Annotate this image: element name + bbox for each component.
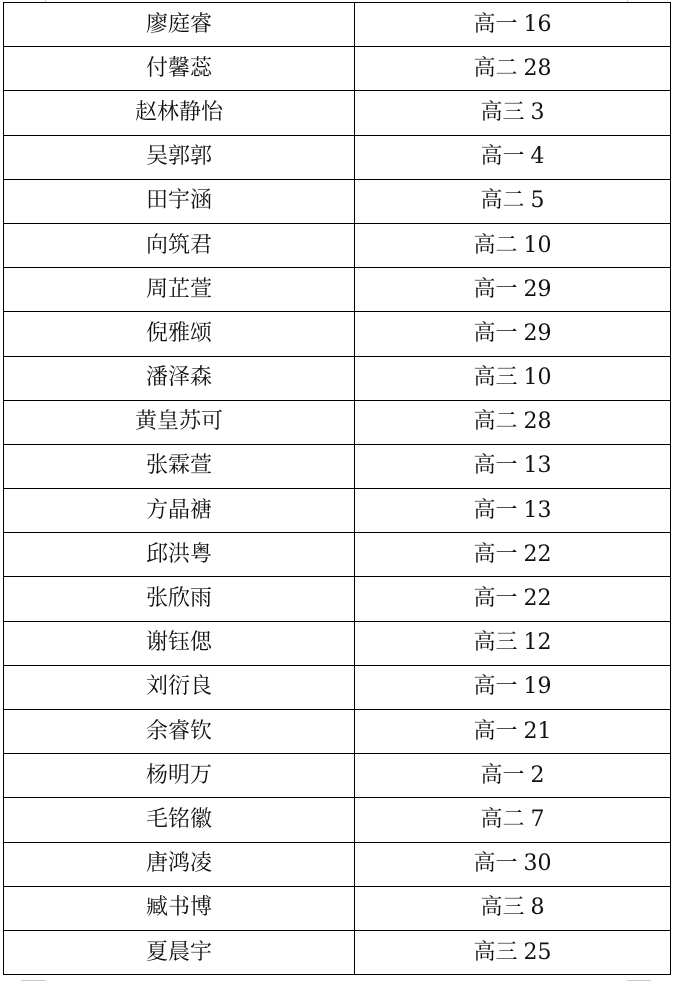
- student-class-cell: 高一22: [355, 577, 671, 621]
- student-name: 周芷萱: [146, 277, 212, 302]
- table-row: 臧书博 高三8: [4, 886, 671, 930]
- student-name-cell: 付馨蕊: [4, 47, 355, 91]
- class-number: 7: [531, 807, 545, 832]
- grade-label: 高一: [480, 763, 524, 788]
- student-name-cell: 田宇涵: [4, 179, 355, 223]
- student-class-cell: 高一16: [355, 3, 671, 47]
- student-name-cell: 周芷萱: [4, 268, 355, 312]
- class-number: 10: [524, 233, 552, 258]
- student-class-cell: 高一13: [355, 489, 671, 533]
- table-row: 黄皇苏可 高二28: [4, 400, 671, 444]
- student-name-cell: 唐鸿凌: [4, 842, 355, 886]
- student-name-cell: 余睿钦: [4, 710, 355, 754]
- student-class-cell: 高三3: [355, 91, 671, 135]
- student-name: 向筑君: [146, 233, 212, 258]
- student-name: 潘泽森: [146, 365, 212, 390]
- grade-label: 高二: [480, 188, 524, 213]
- student-class-table: 廖庭睿 高一16 付馨蕊 高二28 赵林静怡 高三3 吴郭郭 高一4 田宇涵 高…: [3, 2, 671, 975]
- student-class-cell: 高三12: [355, 621, 671, 665]
- student-class-cell: 高二10: [355, 223, 671, 267]
- class-number: 16: [524, 12, 552, 37]
- student-name: 方晶禟: [146, 498, 212, 523]
- grade-label: 高三: [473, 630, 517, 655]
- grade-label: 高三: [473, 365, 517, 390]
- student-name-cell: 廖庭睿: [4, 3, 355, 47]
- student-class-cell: 高一29: [355, 268, 671, 312]
- table-row: 吴郭郭 高一4: [4, 135, 671, 179]
- student-name-cell: 谢钰偲: [4, 621, 355, 665]
- class-number: 12: [524, 630, 552, 655]
- grade-label: 高一: [473, 851, 517, 876]
- student-name-cell: 杨明万: [4, 754, 355, 798]
- class-number: 5: [531, 188, 545, 213]
- class-number: 30: [524, 851, 552, 876]
- student-class-cell: 高一21: [355, 710, 671, 754]
- student-name-cell: 倪雅颂: [4, 312, 355, 356]
- table-row: 付馨蕊 高二28: [4, 47, 671, 91]
- student-class-cell: 高二7: [355, 798, 671, 842]
- student-name: 余睿钦: [146, 719, 212, 744]
- class-number: 21: [524, 719, 552, 744]
- student-class-cell: 高三25: [355, 930, 671, 974]
- student-name: 臧书博: [146, 895, 212, 920]
- grade-label: 高一: [473, 453, 517, 478]
- student-name: 毛铭徽: [146, 807, 212, 832]
- table-row: 方晶禟 高一13: [4, 489, 671, 533]
- class-number: 29: [524, 277, 552, 302]
- student-class-cell: 高三8: [355, 886, 671, 930]
- class-number: 28: [524, 409, 552, 434]
- student-class-cell: 高一2: [355, 754, 671, 798]
- table-row: 杨明万 高一2: [4, 754, 671, 798]
- grade-label: 高二: [473, 56, 517, 81]
- student-class-cell: 高一4: [355, 135, 671, 179]
- class-number: 4: [531, 144, 545, 169]
- table-row: 邱洪粤 高一22: [4, 533, 671, 577]
- student-name: 刘衍良: [146, 674, 212, 699]
- table-row: 田宇涵 高二5: [4, 179, 671, 223]
- table-row: 张欣雨 高一22: [4, 577, 671, 621]
- student-name: 夏晨宇: [146, 940, 212, 965]
- grade-label: 高一: [473, 321, 517, 346]
- student-name-cell: 向筑君: [4, 223, 355, 267]
- grade-label: 高一: [473, 12, 517, 37]
- student-name-cell: 吴郭郭: [4, 135, 355, 179]
- grade-label: 高二: [480, 807, 524, 832]
- grade-label: 高一: [473, 719, 517, 744]
- table-row: 周芷萱 高一29: [4, 268, 671, 312]
- table-row: 刘衍良 高一19: [4, 665, 671, 709]
- student-name: 张霖萱: [146, 453, 212, 478]
- class-number: 25: [524, 940, 552, 965]
- class-number: 28: [524, 56, 552, 81]
- student-class-cell: 高一22: [355, 533, 671, 577]
- table-row: 廖庭睿 高一16: [4, 3, 671, 47]
- student-name-cell: 刘衍良: [4, 665, 355, 709]
- class-number: 3: [531, 100, 545, 125]
- table-row: 毛铭徽 高二7: [4, 798, 671, 842]
- student-class-cell: 高一29: [355, 312, 671, 356]
- grade-label: 高一: [473, 277, 517, 302]
- student-name: 邱洪粤: [146, 542, 212, 567]
- table-body: 廖庭睿 高一16 付馨蕊 高二28 赵林静怡 高三3 吴郭郭 高一4 田宇涵 高…: [4, 3, 671, 975]
- student-name-cell: 方晶禟: [4, 489, 355, 533]
- student-name: 赵林静怡: [135, 100, 223, 125]
- class-number: 10: [524, 365, 552, 390]
- class-number: 29: [524, 321, 552, 346]
- student-class-cell: 高三10: [355, 356, 671, 400]
- grade-label: 高一: [473, 542, 517, 567]
- class-number: 2: [531, 763, 545, 788]
- student-name: 付馨蕊: [146, 56, 212, 81]
- class-number: 13: [524, 498, 552, 523]
- grade-label: 高一: [473, 586, 517, 611]
- student-class-cell: 高一13: [355, 444, 671, 488]
- table-row: 余睿钦 高一21: [4, 710, 671, 754]
- student-name: 廖庭睿: [146, 12, 212, 37]
- student-name: 谢钰偲: [146, 630, 212, 655]
- student-name: 杨明万: [146, 763, 212, 788]
- table-row: 倪雅颂 高一29: [4, 312, 671, 356]
- grade-label: 高二: [473, 233, 517, 258]
- student-name-cell: 邱洪粤: [4, 533, 355, 577]
- class-number: 22: [524, 586, 552, 611]
- table-row: 向筑君 高二10: [4, 223, 671, 267]
- student-class-cell: 高一30: [355, 842, 671, 886]
- grade-label: 高二: [473, 409, 517, 434]
- grade-label: 高三: [480, 895, 524, 920]
- table-row: 赵林静怡 高三3: [4, 91, 671, 135]
- student-name: 倪雅颂: [146, 321, 212, 346]
- grade-label: 高三: [480, 100, 524, 125]
- student-class-cell: 高二28: [355, 47, 671, 91]
- student-name-cell: 黄皇苏可: [4, 400, 355, 444]
- student-name: 田宇涵: [146, 188, 212, 213]
- table-row: 谢钰偲 高三12: [4, 621, 671, 665]
- student-name-cell: 臧书博: [4, 886, 355, 930]
- student-name-cell: 张欣雨: [4, 577, 355, 621]
- grade-label: 高一: [480, 144, 524, 169]
- grade-label: 高一: [473, 498, 517, 523]
- student-name-cell: 张霖萱: [4, 444, 355, 488]
- class-number: 19: [524, 674, 552, 699]
- student-name: 吴郭郭: [146, 144, 212, 169]
- student-name: 唐鸿凌: [146, 851, 212, 876]
- class-number: 22: [524, 542, 552, 567]
- table-row: 夏晨宇 高三25: [4, 930, 671, 974]
- student-name-cell: 赵林静怡: [4, 91, 355, 135]
- student-name-cell: 毛铭徽: [4, 798, 355, 842]
- student-name: 黄皇苏可: [135, 409, 223, 434]
- student-name-cell: 夏晨宇: [4, 930, 355, 974]
- student-class-cell: 高二5: [355, 179, 671, 223]
- table-row: 唐鸿凌 高一30: [4, 842, 671, 886]
- student-name: 张欣雨: [146, 586, 212, 611]
- class-number: 8: [531, 895, 545, 920]
- table-row: 张霖萱 高一13: [4, 444, 671, 488]
- grade-label: 高一: [473, 674, 517, 699]
- student-class-cell: 高二28: [355, 400, 671, 444]
- grade-label: 高三: [473, 940, 517, 965]
- table-row: 潘泽森 高三10: [4, 356, 671, 400]
- student-name-cell: 潘泽森: [4, 356, 355, 400]
- class-number: 13: [524, 453, 552, 478]
- student-class-cell: 高一19: [355, 665, 671, 709]
